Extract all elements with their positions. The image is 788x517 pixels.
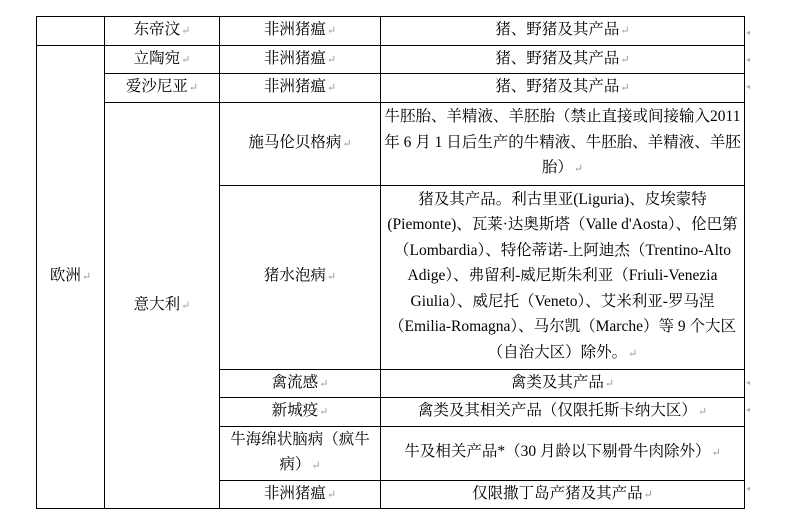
paragraph-mark-icon: ↵ [711,447,720,459]
disease-name: 非洲猪瘟 [264,78,326,95]
row-end-mark-icon: ◂ [746,405,750,414]
disease-name: 新城疫 [272,402,319,419]
quarantine-table: 东帝汶↵ 非洲猪瘟↵ 猪、野猪及其产品↵ 欧洲↵ 立陶宛↵ 非洲猪瘟↵ 猪、野猪… [36,16,745,509]
products-cell: 牛胚胎、羊精液、羊胚胎（禁止直接或间接输入2011 年 6 月 1 日后生产的牛… [381,102,745,185]
products-cell: 牛及相关产品*（30 月龄以下剔骨牛肉除外）↵ [381,426,745,480]
country-name: 意大利 [134,296,181,313]
paragraph-mark-icon: ↵ [327,489,336,501]
paragraph-mark-icon: ↵ [327,82,336,94]
country-cell: 爱沙尼亚↵ [105,74,220,103]
products-cell: 猪、野猪及其产品↵ [381,74,745,103]
paragraph-mark-icon: ↵ [574,163,583,175]
paragraph-mark-icon: ↵ [620,82,629,94]
products-text: 牛及相关产品*（30 月龄以下剔骨牛肉除外） [404,443,710,460]
country-cell: 意大利↵ [105,102,220,509]
products-cell: 禽类及其产品↵ [381,369,745,398]
disease-cell: 猪水泡病↵ [220,185,381,369]
paragraph-mark-icon: ↵ [698,406,707,418]
country-name: 立陶宛 [134,50,181,67]
products-cell: 仅限撒丁岛产猪及其产品↵ [381,480,745,509]
products-text: 牛胚胎、羊精液、羊胚胎（禁止直接或间接输入2011 年 6 月 1 日后生产的牛… [384,108,741,176]
disease-name: 非洲猪瘟 [264,485,326,502]
country-cell: 东帝汶↵ [105,17,220,46]
country-name: 爱沙尼亚 [126,78,188,95]
disease-name: 施马伦贝格病 [248,134,341,151]
products-cell: 猪、野猪及其产品↵ [381,17,745,46]
products-text: 禽类及其产品 [511,374,604,391]
disease-name: 猪水泡病 [264,267,326,284]
disease-name: 牛海绵状脑病（疯牛病） [230,431,370,474]
disease-cell: 非洲猪瘟↵ [220,17,381,46]
row-end-mark-icon: ◂ [746,28,750,37]
paragraph-mark-icon: ↵ [327,25,336,37]
table-row: 爱沙尼亚↵ 非洲猪瘟↵ 猪、野猪及其产品↵ [37,74,745,103]
paragraph-mark-icon: ↵ [342,138,351,150]
products-text: 猪、野猪及其产品 [495,21,619,38]
paragraph-mark-icon: ↵ [620,54,629,66]
disease-name: 非洲猪瘟 [264,50,326,67]
disease-cell: 施马伦贝格病↵ [220,102,381,185]
country-cell: 立陶宛↵ [105,45,220,74]
disease-name: 非洲猪瘟 [264,21,326,38]
disease-name: 禽流感 [272,374,319,391]
row-end-mark-icon: ◂ [746,484,750,493]
continent-cell-empty [37,17,105,46]
paragraph-mark-icon: ↵ [327,271,336,283]
products-text: 禽类及其相关产品（仅限托斯卡纳大区） [418,402,697,419]
paragraph-mark-icon: ↵ [620,25,629,37]
country-name: 东帝汶 [134,21,181,38]
continent-name: 欧洲 [50,267,81,284]
paragraph-mark-icon: ↵ [319,406,328,418]
table-row: 意大利↵ 施马伦贝格病↵ 牛胚胎、羊精液、羊胚胎（禁止直接或间接输入2011 年… [37,102,745,185]
row-end-mark-icon: ◂ [746,82,750,91]
paragraph-mark-icon: ↵ [181,300,190,312]
table-row: 欧洲↵ 立陶宛↵ 非洲猪瘟↵ 猪、野猪及其产品↵ [37,45,745,74]
table-row: 东帝汶↵ 非洲猪瘟↵ 猪、野猪及其产品↵ [37,17,745,46]
disease-cell: 新城疫↵ [220,398,381,427]
paragraph-mark-icon: ↵ [628,348,637,360]
products-cell: 猪、野猪及其产品↵ [381,45,745,74]
paragraph-mark-icon: ↵ [311,460,320,472]
paragraph-mark-icon: ↵ [181,54,190,66]
disease-cell: 禽流感↵ [220,369,381,398]
products-text: 猪、野猪及其产品 [495,78,619,95]
products-text: 猪、野猪及其产品 [495,50,619,67]
products-cell: 禽类及其相关产品（仅限托斯卡纳大区）↵ [381,398,745,427]
continent-cell: 欧洲↵ [37,45,105,509]
disease-cell: 非洲猪瘟↵ [220,45,381,74]
row-end-mark-icon: ◂ [746,378,750,387]
paragraph-mark-icon: ↵ [605,378,614,390]
paragraph-mark-icon: ↵ [189,82,198,94]
paragraph-mark-icon: ↵ [644,489,653,501]
paragraph-mark-icon: ↵ [181,25,190,37]
paragraph-mark-icon: ↵ [327,54,336,66]
paragraph-mark-icon: ↵ [82,271,91,283]
disease-cell: 非洲猪瘟↵ [220,74,381,103]
products-text: 仅限撒丁岛产猪及其产品 [472,485,643,502]
products-cell: 猪及其产品。利古里亚(Liguria)、皮埃蒙特(Piemonte)、瓦莱·达奥… [381,185,745,369]
paragraph-mark-icon: ↵ [319,378,328,390]
row-end-mark-icon: ◂ [746,55,750,64]
disease-cell: 非洲猪瘟↵ [220,480,381,509]
disease-cell: 牛海绵状脑病（疯牛病）↵ [220,426,381,480]
products-text: 猪及其产品。利古里亚(Liguria)、皮埃蒙特(Piemonte)、瓦莱·达奥… [387,191,737,361]
